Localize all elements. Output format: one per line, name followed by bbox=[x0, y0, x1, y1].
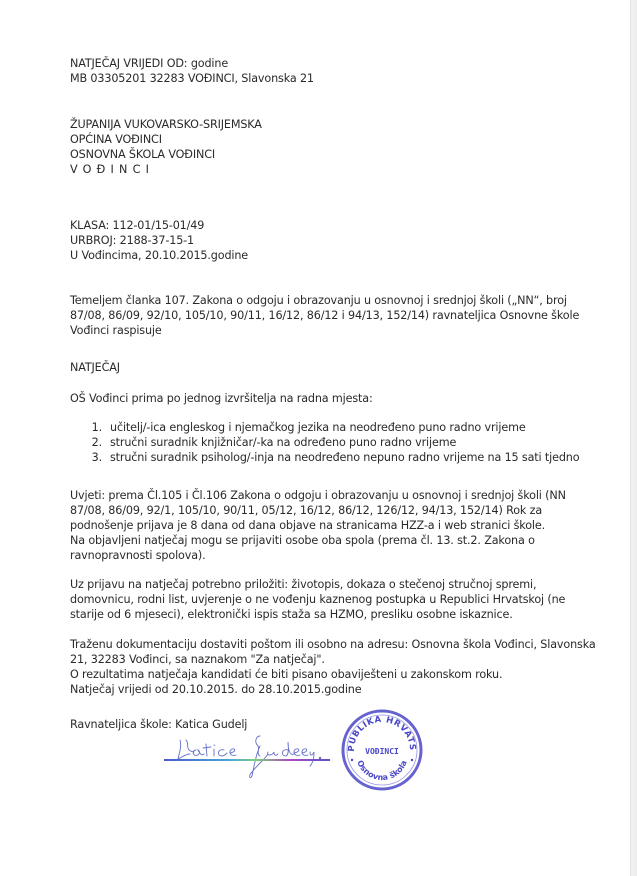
stamp-top-text: REPUBLIKA HRVATSKA bbox=[340, 708, 417, 752]
preamble-paragraph: Temeljem članka 107. Zakona o odgoju i o… bbox=[70, 293, 579, 338]
urbroj: URBROJ: 2188-37-15-1 bbox=[70, 233, 248, 248]
school-name: OSNOVNA ŠKOLA VOĐINCI bbox=[70, 147, 262, 162]
klasa: KLASA: 112-01/15-01/49 bbox=[70, 218, 248, 233]
submission-line: Traženu dokumentaciju dostaviti poštom i… bbox=[70, 637, 596, 652]
list-item: 3. stručni suradnik psiholog/-inja na ne… bbox=[70, 450, 579, 465]
validity-line: NATJEČAJ VRIJEDI OD: godine bbox=[70, 56, 314, 71]
conditions-line: 87/08, 86/09, 92/1, 105/10, 90/11, 05/12… bbox=[70, 503, 566, 518]
stamp-center-text: VOĐINCI bbox=[365, 747, 399, 756]
header-block: NATJEČAJ VRIJEDI OD: godine MB 03305201 … bbox=[70, 56, 314, 86]
preamble-line: Temeljem članka 107. Zakona o odgoju i o… bbox=[70, 293, 579, 308]
list-number: 2. bbox=[88, 435, 110, 450]
official-stamp: REPUBLIKA HRVATSKA VOĐINCI Osnovna škola bbox=[340, 708, 424, 792]
submission-paragraph: Traženu dokumentaciju dostaviti poštom i… bbox=[70, 637, 596, 697]
conditions-line: Uvjeti: prema Čl.105 i Čl.106 Zakona o o… bbox=[70, 488, 566, 503]
county-name: ŽUPANIJA VUKOVARSKO-SRIJEMSKA bbox=[70, 117, 262, 132]
registration-line: MB 03305201 32283 VOĐINCI, Slavonska 21 bbox=[70, 71, 314, 86]
place-date: U Vođincima, 20.10.2015.godine bbox=[70, 248, 248, 263]
conditions-paragraph: Uvjeti: prema Čl.105 i Čl.106 Zakona o o… bbox=[70, 488, 566, 563]
svg-text:REPUBLIKA HRVATSKA: REPUBLIKA HRVATSKA bbox=[340, 708, 417, 752]
list-item: 2. stručni suradnik knjižničar/-ka na od… bbox=[70, 435, 579, 450]
intro-text: OŠ Vođinci prima po jednog izvršitelja n… bbox=[70, 391, 373, 406]
scan-edge bbox=[630, 0, 637, 876]
preamble-line: Vođinci raspisuje bbox=[70, 323, 579, 338]
position-text: stručni suradnik psiholog/-inja na neodr… bbox=[110, 450, 579, 465]
notice-title: NATJEČAJ bbox=[70, 360, 120, 375]
stamp-bottom-text: Osnovna škola bbox=[355, 759, 409, 782]
signatory-label: Ravnateljica škole: Katica Gudelj bbox=[70, 717, 247, 732]
positions-list: 1. učitelj/-ica engleskog i njemačkog je… bbox=[70, 420, 579, 465]
documents-line: domovnicu, rodni list, uvjerenje o ne vo… bbox=[70, 592, 565, 607]
list-item: 1. učitelj/-ica engleskog i njemačkog je… bbox=[70, 420, 579, 435]
submission-line: Natječaj vrijedi od 20.10.2015. do 28.10… bbox=[70, 682, 596, 697]
signature-line bbox=[164, 759, 330, 761]
preamble-line: 87/08, 86/09, 92/10, 105/10, 90/11, 16/1… bbox=[70, 308, 579, 323]
documents-line: starije od 6 mjeseci), elektronički ispi… bbox=[70, 607, 565, 622]
submission-line: 21, 32283 Vođinci, sa naznakom "Za natje… bbox=[70, 652, 596, 667]
submission-line: O rezultatima natječaja kandidati će bit… bbox=[70, 667, 596, 682]
document-page: NATJEČAJ VRIJEDI OD: godine MB 03305201 … bbox=[0, 0, 631, 876]
svg-text:Osnovna škola: Osnovna škola bbox=[355, 759, 409, 782]
documents-paragraph: Uz prijavu na natječaj potrebno priložit… bbox=[70, 577, 565, 622]
place-name: VOĐINCI bbox=[70, 162, 262, 177]
conditions-line: ravnopravnosti spolova). bbox=[70, 548, 566, 563]
documents-line: Uz prijavu na natječaj potrebno priložit… bbox=[70, 577, 565, 592]
institution-block: ŽUPANIJA VUKOVARSKO-SRIJEMSKA OPĆINA VOĐ… bbox=[70, 117, 262, 177]
position-text: stručni suradnik knjižničar/-ka na određ… bbox=[110, 435, 456, 450]
conditions-line: Na objavljeni natječaj mogu se prijaviti… bbox=[70, 533, 566, 548]
position-text: učitelj/-ica engleskog i njemačkog jezik… bbox=[110, 420, 526, 435]
conditions-line: podnošenje prijava je 8 dana od dana obj… bbox=[70, 518, 566, 533]
handwritten-signature bbox=[176, 732, 336, 784]
list-number: 1. bbox=[88, 420, 110, 435]
reference-block: KLASA: 112-01/15-01/49 URBROJ: 2188-37-1… bbox=[70, 218, 248, 263]
municipality-name: OPĆINA VOĐINCI bbox=[70, 132, 262, 147]
list-number: 3. bbox=[88, 450, 110, 465]
